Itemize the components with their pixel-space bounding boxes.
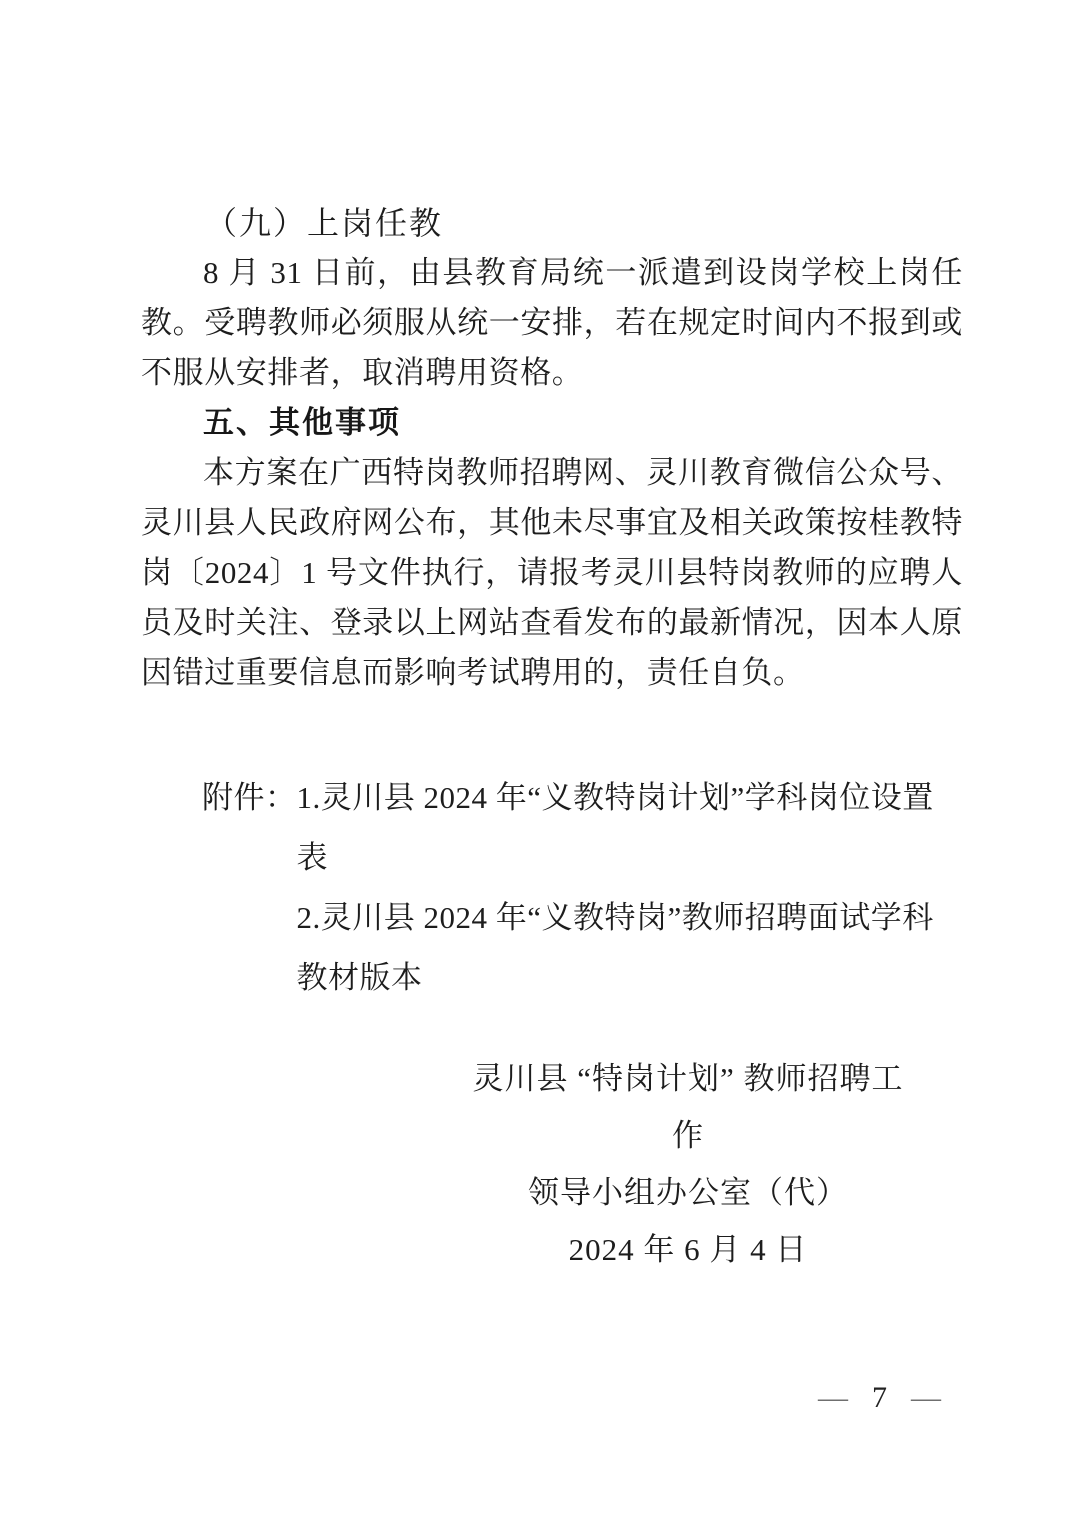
attachment-item-2: 2.灵川县 2024 年“义教特岗”教师招聘面试学科教材版本 [297,888,964,1008]
footer-dash-left: — [818,1381,848,1415]
attachment-item-1: 1.灵川县 2024 年“义教特岗计划”学科岗位设置表 [297,768,964,888]
signature-org-line-1: 灵川县 “特岗计划” 教师招聘工作 [463,1050,913,1164]
signature-block: 灵川县 “特岗计划” 教师招聘工作 领导小组办公室（代） 2024 年 6 月 … [463,1050,913,1278]
signature-org-line-2: 领导小组办公室（代） [463,1164,913,1221]
document-body: （九）上岗任教 8 月 31 日前，由县教育局统一派遣到设岗学校上岗任教。受聘教… [141,198,963,1278]
section-5-paragraph: 本方案在广西特岗教师招聘网、灵川教育微信公众号、灵川县人民政府网公布，其他未尽事… [141,448,963,698]
attachments-list: 1.灵川县 2024 年“义教特岗计划”学科岗位设置表 2.灵川县 2024 年… [297,768,964,1008]
attachments-label: 附件： [202,768,297,828]
section-9-paragraph: 8 月 31 日前，由县教育局统一派遣到设岗学校上岗任教。受聘教师必须服从统一安… [141,248,963,398]
footer-dash-right: — [911,1381,941,1415]
page-number: 7 [872,1381,887,1415]
signature-date: 2024 年 6 月 4 日 [463,1221,913,1278]
attachments-block: 附件： 1.灵川县 2024 年“义教特岗计划”学科岗位设置表 2.灵川县 20… [141,768,963,1008]
page-footer: — 7 — [818,1381,941,1415]
section-5-heading: 五、其他事项 [141,398,963,448]
document-page: （九）上岗任教 8 月 31 日前，由县教育局统一派遣到设岗学校上岗任教。受聘教… [0,0,1080,1527]
section-9-heading: （九）上岗任教 [141,198,963,248]
